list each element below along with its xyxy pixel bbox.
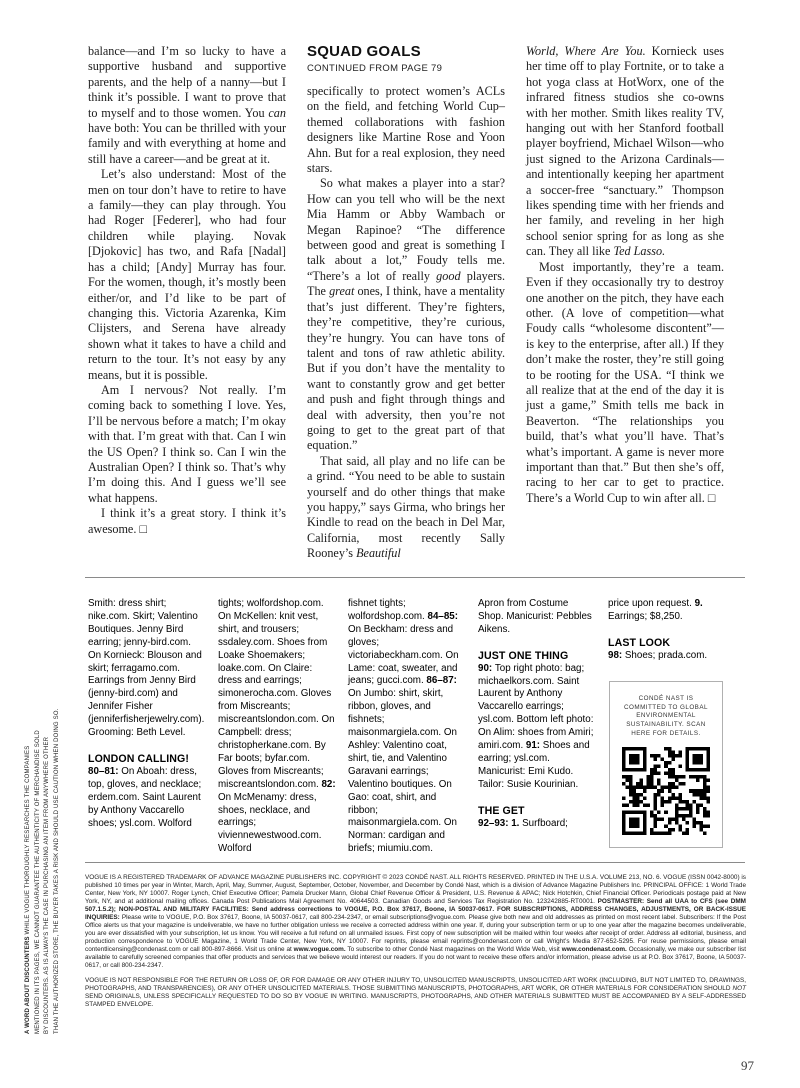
magazine-page: balance—and I’m so lucky to have a suppo… <box>0 0 800 1088</box>
legal-paragraph-publisher: VOGUE IS A REGISTERED TRADEMARK OF ADVAN… <box>85 874 746 970</box>
sustainability-message: CONDÉ NAST IS COMMITTED TO GLOBAL ENVIRO… <box>620 695 712 739</box>
credits-text: 98: Shoes; prada.com. <box>608 650 726 663</box>
article-column-middle: SQUAD GOALS CONTINUED FROM PAGE 79 speci… <box>307 44 505 562</box>
credits-text: 92–93: 1. Surfboard; <box>478 818 596 831</box>
credits-column-2: tights; wolfordshop.com. On McKellen: kn… <box>218 598 336 856</box>
credits-text: Apron from Costume Shop. Manicurist: Peb… <box>478 598 596 637</box>
credits-text: tights; wolfordshop.com. On McKellen: kn… <box>218 598 336 856</box>
paragraph: Let’s also understand: Most of the men o… <box>88 167 286 383</box>
sustainability-box: CONDÉ NAST IS COMMITTED TO GLOBAL ENVIRO… <box>609 681 723 848</box>
paragraph: That said, all play and no life can be a… <box>307 454 505 562</box>
page-number: 97 <box>722 1058 754 1074</box>
section-heading: SQUAD GOALS <box>307 44 505 60</box>
credits-column-3: fishnet tights; wolfordshop.com. 84–85: … <box>348 598 466 856</box>
continued-from-label: CONTINUED FROM PAGE 79 <box>307 63 505 74</box>
credits-text: fishnet tights; wolfordshop.com. 84–85: … <box>348 598 466 856</box>
credits-heading-london-calling: LONDON CALLING! <box>88 753 206 766</box>
credits-column-1: Smith: dress shirt; nike.com. Skirt; Val… <box>88 598 206 856</box>
paragraph: I think it’s a great story. I think it’s… <box>88 506 286 537</box>
legal-paragraph-submissions: VOGUE IS NOT RESPONSIBLE FOR THE RETURN … <box>85 977 746 1009</box>
credits-heading-the-get: THE GET <box>478 805 596 818</box>
credits-text: price upon request. 9. Earrings; $8,250. <box>608 598 726 624</box>
margin-note-line: BY DISCOUNTERS. AS IS ALWAYS THE CASE IN… <box>43 634 53 1034</box>
paragraph: Most importantly, they’re a team. Even i… <box>526 260 724 507</box>
article-section: balance—and I’m so lucky to have a suppo… <box>88 44 724 562</box>
section-divider-bottom <box>85 862 745 863</box>
section-divider-top <box>85 577 745 578</box>
credits-heading-just-one-thing: JUST ONE THING <box>478 650 596 663</box>
credits-text: 80–81: On Aboah: dress, top, gloves, and… <box>88 766 206 831</box>
article-column-right: World, Where Are You. Kornieck uses her … <box>526 44 724 562</box>
legal-text: VOGUE IS A REGISTERED TRADEMARK OF ADVAN… <box>85 874 746 1009</box>
article-column-left: balance—and I’m so lucky to have a suppo… <box>88 44 286 562</box>
qr-code-icon <box>622 747 710 835</box>
credits-text: 90: Top right photo: bag; michaelkors.co… <box>478 663 596 792</box>
credits-heading-last-look: LAST LOOK <box>608 637 726 650</box>
paragraph: Am I nervous? Not really. I’m coming bac… <box>88 383 286 506</box>
margin-note-line: MENTIONED IN ITS PAGES, WE CANNOT GUARAN… <box>34 634 44 1034</box>
paragraph: specifically to protect women’s ACLs on … <box>307 84 505 176</box>
paragraph: balance—and I’m so lucky to have a suppo… <box>88 44 286 167</box>
margin-note-line: THAN THE AUTHORIZED STORE, THE BUYER TAK… <box>53 634 63 1034</box>
margin-note-discounters: A WORD ABOUT DISCOUNTERS WHILE VOGUE THO… <box>24 634 62 1034</box>
credits-column-4: Apron from Costume Shop. Manicurist: Peb… <box>478 598 596 856</box>
paragraph: So what makes a player into a star? How … <box>307 176 505 453</box>
credits-text: Smith: dress shirt; nike.com. Skirt; Val… <box>88 598 206 740</box>
margin-note-line: A WORD ABOUT DISCOUNTERS WHILE VOGUE THO… <box>24 634 34 1034</box>
paragraph: World, Where Are You. Kornieck uses her … <box>526 44 724 260</box>
